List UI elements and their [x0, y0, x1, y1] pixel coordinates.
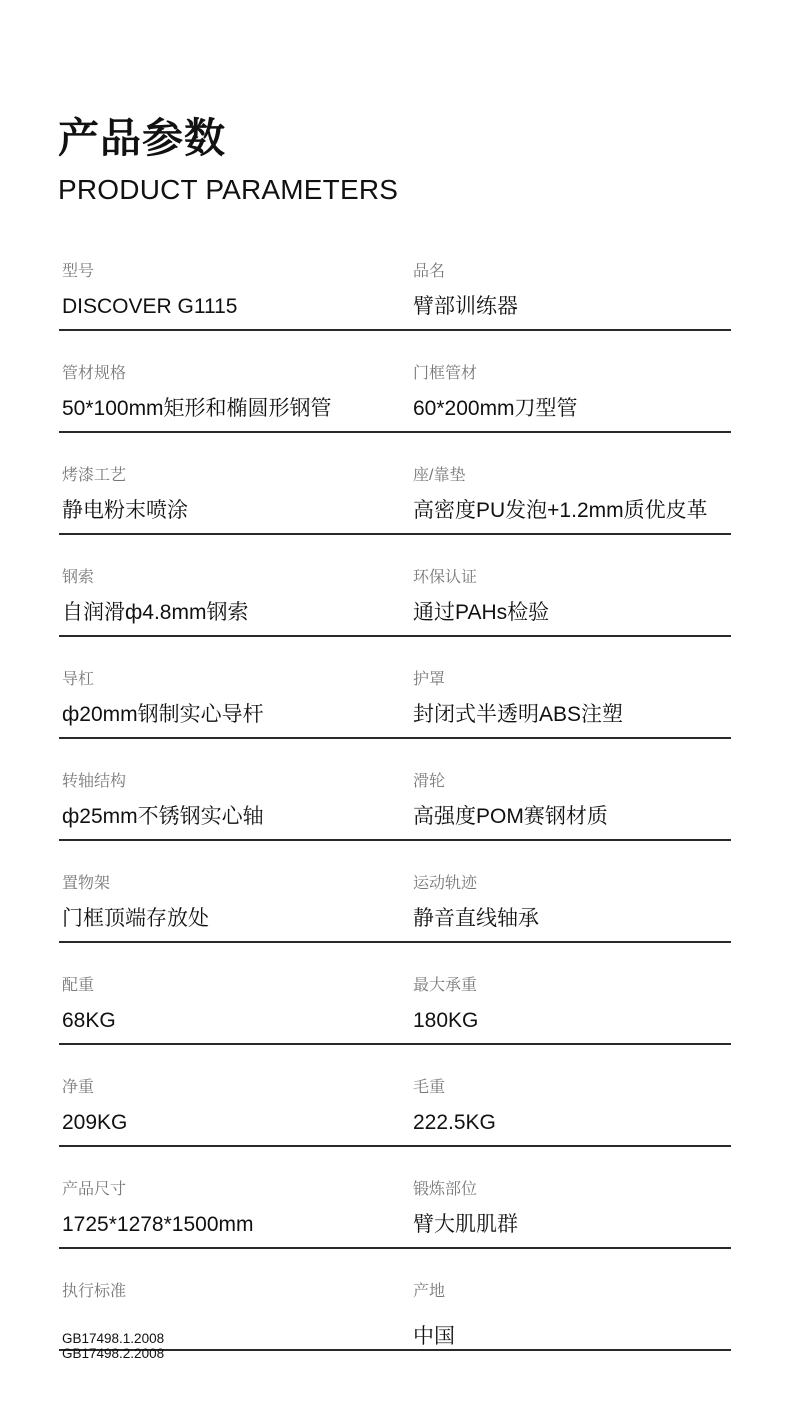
param-label: 产品尺寸: [62, 1180, 126, 1200]
param-value: 高强度POM赛钢材质: [413, 804, 608, 830]
param-cell: 最大承重 180KG: [413, 966, 731, 1043]
param-cell: 品名 臂部训练器: [413, 252, 731, 329]
param-label: 滑轮: [413, 772, 445, 792]
param-value: 50*100mm矩形和椭圆形钢管: [62, 396, 332, 422]
param-label: 运动轨迹: [413, 874, 477, 894]
param-cell: 净重 209KG: [62, 1068, 402, 1145]
param-row: 置物架 门框顶端存放处 运动轨迹 静音直线轴承: [59, 864, 731, 943]
param-cell: 型号 DISCOVER G1115: [62, 252, 402, 329]
param-value: 封闭式半透明ABS注塑: [413, 702, 623, 728]
param-row: 执行标准 GB17498.1.2008 GB17498.2.2008 产地 中国: [59, 1272, 731, 1351]
param-cell: 产地 中国: [413, 1272, 731, 1349]
param-row: 转轴结构 ф25mm不锈钢实心轴 滑轮 高强度POM赛钢材质: [59, 762, 731, 841]
param-cell: 管材规格 50*100mm矩形和椭圆形钢管: [62, 354, 402, 431]
param-cell: 运动轨迹 静音直线轴承: [413, 864, 731, 941]
param-label: 烤漆工艺: [62, 466, 126, 486]
param-label: 配重: [62, 976, 94, 996]
param-row: 导杠 ф20mm钢制实心导杆 护罩 封闭式半透明ABS注塑: [59, 660, 731, 739]
param-value: 68KG: [62, 1008, 116, 1034]
param-label: 毛重: [413, 1078, 445, 1098]
param-value-line1: GB17498.1.2008: [62, 1331, 164, 1346]
param-cell: 产品尺寸 1725*1278*1500mm: [62, 1170, 402, 1247]
param-cell: 置物架 门框顶端存放处: [62, 864, 402, 941]
parameters-table: 型号 DISCOVER G1115 品名 臂部训练器 管材规格 50*100mm…: [59, 252, 731, 1374]
param-row: 型号 DISCOVER G1115 品名 臂部训练器: [59, 252, 731, 331]
param-cell: 导杠 ф20mm钢制实心导杆: [62, 660, 402, 737]
param-row: 净重 209KG 毛重 222.5KG: [59, 1068, 731, 1147]
param-value: 门框顶端存放处: [62, 906, 209, 932]
param-cell: 环保认证 通过PAHs检验: [413, 558, 731, 635]
param-label: 净重: [62, 1078, 94, 1098]
param-label: 护罩: [413, 670, 445, 690]
param-cell: 执行标准 GB17498.1.2008 GB17498.2.2008: [62, 1272, 402, 1349]
param-value: 臂部训练器: [413, 294, 518, 320]
title-cn: 产品参数: [58, 112, 226, 164]
param-label: 转轴结构: [62, 772, 126, 792]
param-value: 臂大肌肌群: [413, 1212, 518, 1238]
param-label: 门框管材: [413, 364, 477, 384]
param-label: 座/靠垫: [413, 466, 465, 486]
param-cell: 钢索 自润滑ф4.8mm钢索: [62, 558, 402, 635]
param-row: 配重 68KG 最大承重 180KG: [59, 966, 731, 1045]
param-cell: 配重 68KG: [62, 966, 402, 1043]
param-value: ф25mm不锈钢实心轴: [62, 804, 264, 830]
param-cell: 门框管材 60*200mm刀型管: [413, 354, 731, 431]
title-en: PRODUCT PARAMETERS: [58, 174, 398, 206]
param-cell: 滑轮 高强度POM赛钢材质: [413, 762, 731, 839]
param-value: 高密度PU发泡+1.2mm质优皮革: [413, 498, 708, 524]
param-value: 通过PAHs检验: [413, 600, 549, 626]
param-label: 环保认证: [413, 568, 477, 588]
param-value: 222.5KG: [413, 1110, 496, 1136]
param-label: 钢索: [62, 568, 94, 588]
param-cell: 锻炼部位 臂大肌肌群: [413, 1170, 731, 1247]
param-row: 管材规格 50*100mm矩形和椭圆形钢管 门框管材 60*200mm刀型管: [59, 354, 731, 433]
param-label: 管材规格: [62, 364, 126, 384]
param-value: DISCOVER G1115: [62, 294, 237, 320]
param-value: 静电粉末喷涂: [62, 498, 188, 524]
param-value: 209KG: [62, 1110, 127, 1136]
param-row: 产品尺寸 1725*1278*1500mm 锻炼部位 臂大肌肌群: [59, 1170, 731, 1249]
param-value: 1725*1278*1500mm: [62, 1212, 253, 1238]
param-cell: 转轴结构 ф25mm不锈钢实心轴: [62, 762, 402, 839]
param-value: 180KG: [413, 1008, 478, 1034]
param-label: 置物架: [62, 874, 110, 894]
param-label: 锻炼部位: [413, 1180, 477, 1200]
param-label: 品名: [413, 262, 445, 282]
param-label: 型号: [62, 262, 94, 282]
param-cell: 座/靠垫 高密度PU发泡+1.2mm质优皮革: [413, 456, 731, 533]
param-value: 自润滑ф4.8mm钢索: [62, 600, 248, 626]
param-cell: 烤漆工艺 静电粉末喷涂: [62, 456, 402, 533]
param-value: ф20mm钢制实心导杆: [62, 702, 264, 728]
param-label: 产地: [413, 1282, 445, 1302]
param-label: 最大承重: [413, 976, 477, 996]
param-value-line2: GB17498.2.2008: [62, 1347, 164, 1360]
param-label: 执行标准: [62, 1282, 126, 1302]
param-row: 钢索 自润滑ф4.8mm钢索 环保认证 通过PAHs检验: [59, 558, 731, 637]
param-value: 中国: [413, 1324, 455, 1350]
param-label: 导杠: [62, 670, 94, 690]
param-cell: 毛重 222.5KG: [413, 1068, 731, 1145]
param-value: 静音直线轴承: [413, 906, 539, 932]
param-row: 烤漆工艺 静电粉末喷涂 座/靠垫 高密度PU发泡+1.2mm质优皮革: [59, 456, 731, 535]
param-value: 60*200mm刀型管: [413, 396, 578, 422]
param-cell: 护罩 封闭式半透明ABS注塑: [413, 660, 731, 737]
